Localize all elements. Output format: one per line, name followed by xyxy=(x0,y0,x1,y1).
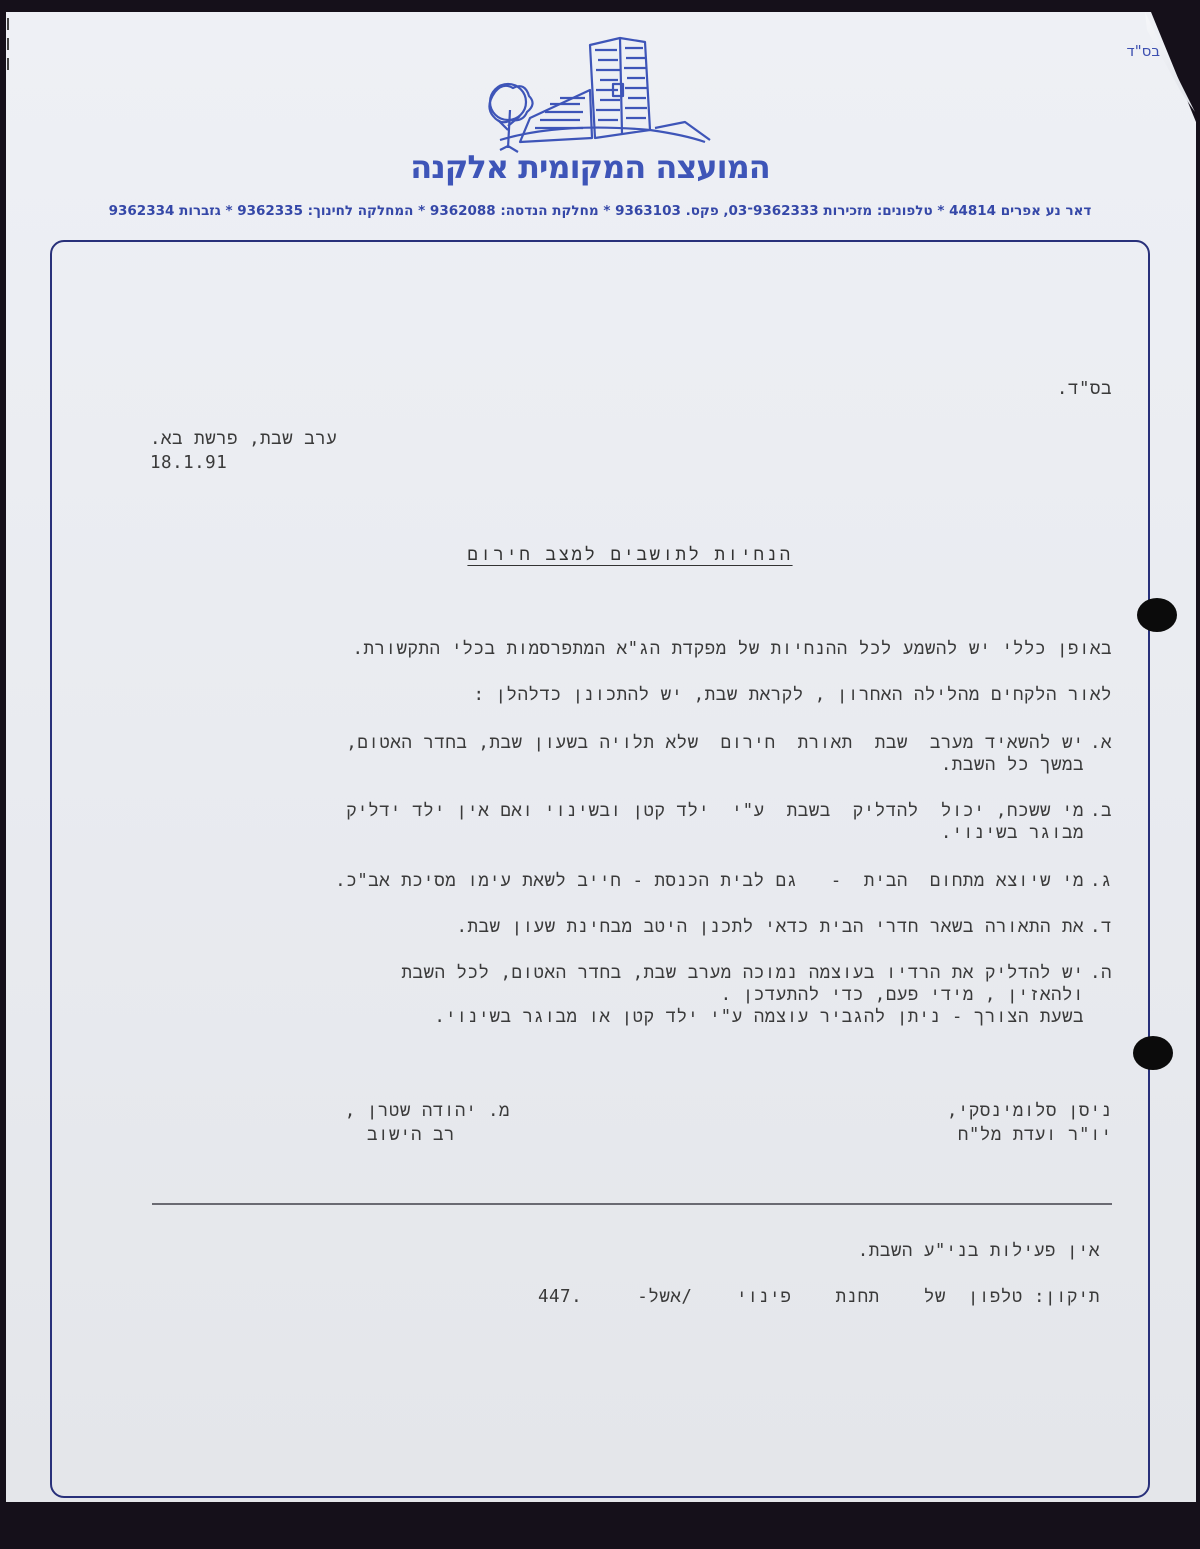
intro-paragraph-1: באופן כללי יש להשמע לכל ההנחיות של מפקדת… xyxy=(352,638,1112,660)
item-letter: א. xyxy=(1084,732,1112,754)
item-line: את התאורה בשאר חדרי הבית כדאי לתכנן היטב… xyxy=(457,917,1084,937)
contact-info-line: דאר נע אפרים 44814 * טלפונים: מזכירות 93… xyxy=(80,203,1120,219)
hebrew-date: ערב שבת, פרשת בא. xyxy=(150,428,337,450)
signature-2-role: רב הישוב xyxy=(367,1124,455,1146)
item-line: מי ששכח, יכול להדליק בשבת ע"י ילד קטן וב… xyxy=(346,801,1084,821)
item-line: במשך כל השבת. xyxy=(346,754,1112,776)
signature-1-name: ניסן סלומינסקי, xyxy=(947,1100,1112,1122)
punch-hole xyxy=(1133,1036,1173,1070)
item-line: בשעת הצורך - ניתן להגביר עוצמה ע"י ילד ק… xyxy=(401,1006,1112,1028)
bsd-mark: בס"ד. xyxy=(1057,378,1112,400)
instruction-item: ה.יש להדליק את הרדיו בעוצמה נמוכה מערב ש… xyxy=(401,962,1112,1028)
punch-hole xyxy=(1137,598,1177,632)
item-line: מבוגר בשינוי. xyxy=(346,822,1112,844)
tower-wall-tree-logo-icon xyxy=(470,30,730,160)
org-name-heading: המועצה המקומית אלקנה xyxy=(380,148,800,186)
item-line: יש להשאיד מערב שבת תאורת חירום שלא תלויה… xyxy=(346,733,1084,753)
instruction-item: ב.מי ששכח, יכול להדליק בשבת ע"י ילד קטן … xyxy=(346,800,1112,844)
item-letter: ב. xyxy=(1084,800,1112,822)
item-line: יש להדליק את הרדיו בעוצמה נמוכה מערב שבת… xyxy=(401,963,1084,983)
letter-title: הנחיות לתושבים למצב חירום xyxy=(440,545,820,566)
intro-paragraph-2: לאור הלקחים מהלילה האחרון , לקראת שבת, י… xyxy=(473,684,1112,706)
item-letter: ד. xyxy=(1084,916,1112,938)
margin-marks xyxy=(7,18,9,78)
signature-1-role: יו"ר ועדת מל"ח xyxy=(958,1124,1112,1146)
instruction-item: א.יש להשאיד מערב שבת תאורת חירום שלא תלו… xyxy=(346,732,1112,776)
signature-2-name: מ. יהודה שטרן , xyxy=(345,1100,510,1122)
instruction-item: ד.את התאורה בשאר חדרי הבית כדאי לתכנן הי… xyxy=(457,916,1112,938)
item-line: ולהאזין , מידי פעם, כדי להתעדכן . xyxy=(401,984,1112,1006)
item-letter: ג. xyxy=(1084,870,1112,892)
divider-line xyxy=(152,1203,1112,1205)
item-line: מי שיוצא מתחום הבית - גם לבית הכנסת - חי… xyxy=(335,871,1084,891)
letter-date: 18.1.91 xyxy=(150,452,227,474)
footer-note-2: תיקון: טלפון של תחנת פינוי /אשל- .447 xyxy=(538,1286,1100,1308)
corner-bsd-mark: בס"ד xyxy=(1110,42,1160,60)
item-letter: ה. xyxy=(1084,962,1112,984)
footer-note-1: אין פעילות בני"ע השבת. xyxy=(858,1240,1100,1262)
instruction-item: ג.מי שיוצא מתחום הבית - גם לבית הכנסת - … xyxy=(335,870,1112,892)
